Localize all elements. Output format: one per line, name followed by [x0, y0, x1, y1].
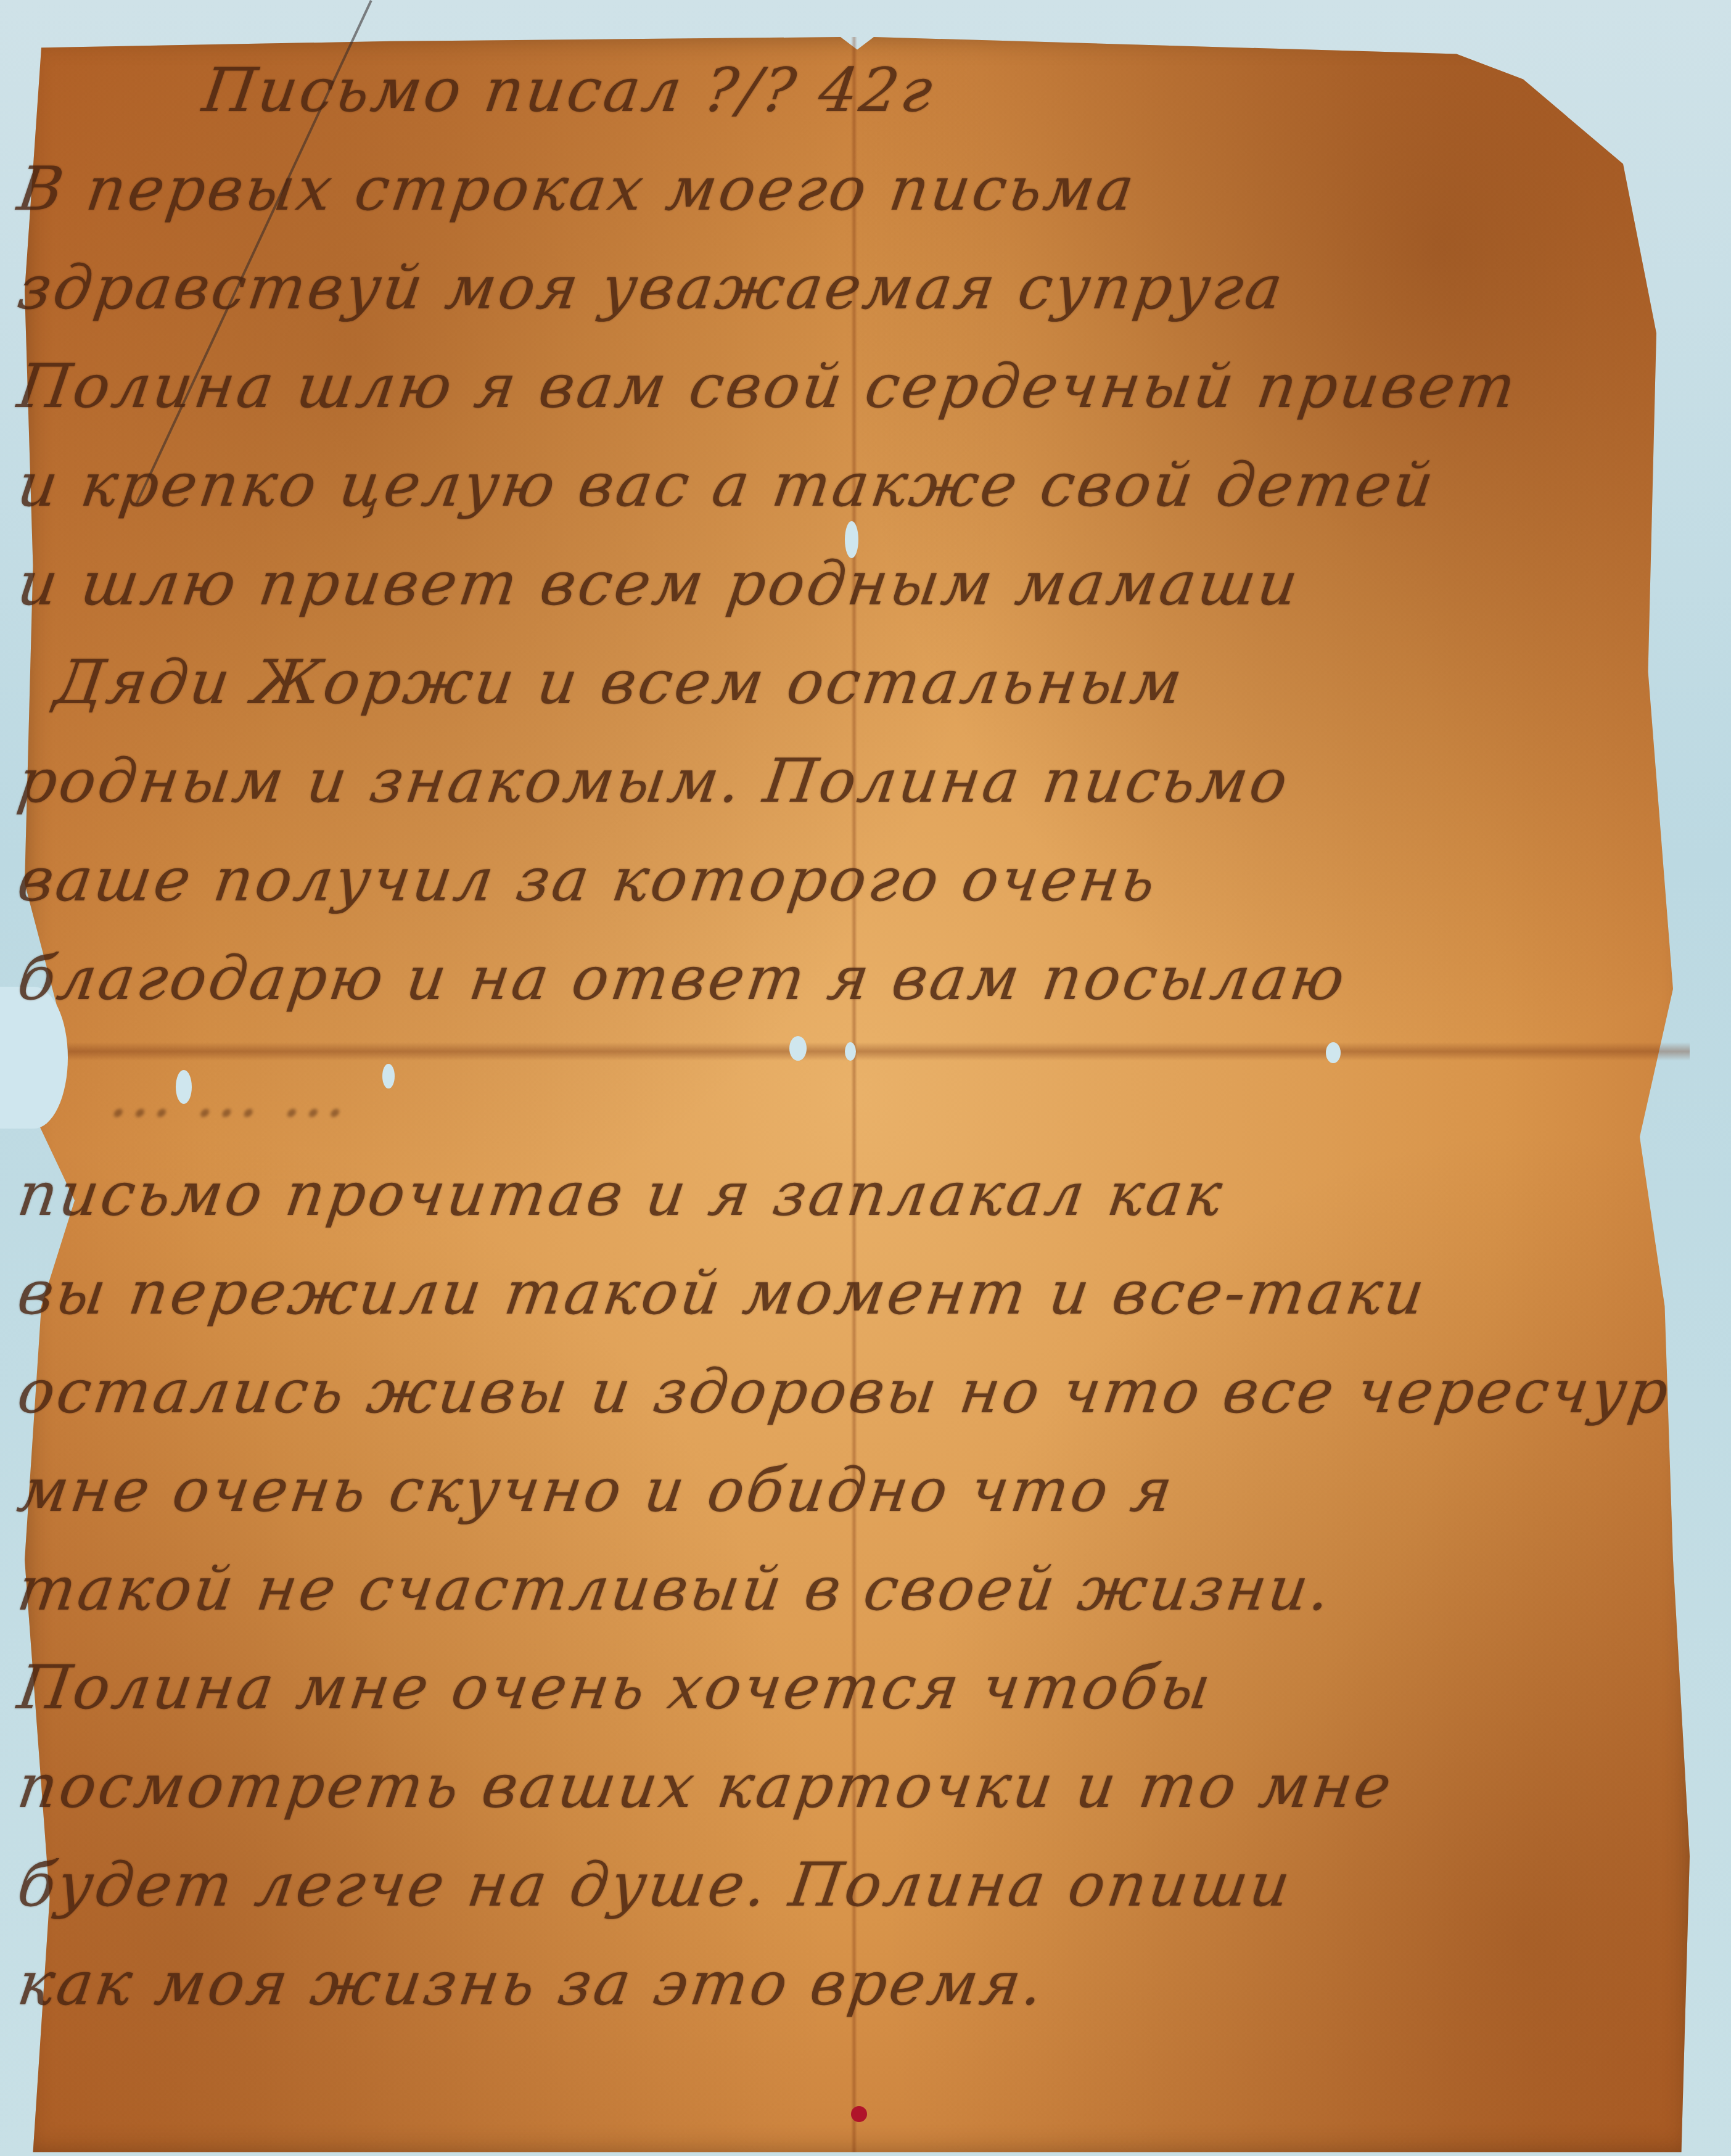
letter-line: и шлю привет всем родным мамаши	[14, 549, 1304, 619]
letter-line: будет легче на душе. Полина опиши	[14, 1850, 1296, 1920]
letter-line: как моя жизнь за это время.	[14, 1949, 1050, 2019]
letter-line-illegible: ... ... ...	[106, 1061, 355, 1131]
paper-hole	[845, 1042, 856, 1061]
letter-line: письмо прочитав и я заплакал как	[14, 1159, 1228, 1230]
letter-line: Полина шлю я вам свой сердечный привет	[14, 352, 1522, 422]
letter-line: остались живы и здоровы но что все черес…	[14, 1357, 1675, 1427]
letter-line: мне очень скучно и обидно что я	[14, 1455, 1179, 1526]
letter-line: В первых строках моего письма	[14, 154, 1140, 224]
letter-line: Дяди Жоржи и всем остальным	[51, 648, 1189, 718]
letter-line: вы пережили такой момент и все-таки	[14, 1258, 1431, 1328]
letter-line-header: Письмо писал ?/? 42г	[199, 56, 939, 126]
horizontal-fold-crease	[25, 1042, 1690, 1061]
paper-hole	[789, 1036, 807, 1061]
letter-line: Полина мне очень хочется чтобы	[14, 1653, 1217, 1723]
paper-hole	[1326, 1042, 1341, 1063]
letter-line: благодарю и на ответ я вам посылаю	[14, 944, 1351, 1014]
letter-line: родным и знакомым. Полина письмо	[14, 746, 1294, 817]
letter-line: здравствуй моя уважаемая супруга	[14, 253, 1289, 323]
letter-line: такой не счастливый в своей жизни.	[14, 1554, 1337, 1624]
letter-line: посмотреть ваших карточки и то мне	[14, 1751, 1398, 1822]
letter-line: и крепко целую вас а также свой детей	[14, 450, 1440, 520]
red-marker-dot	[851, 2106, 867, 2122]
letter-line: ваше получил за которого очень	[14, 845, 1162, 915]
paper-hole	[382, 1064, 395, 1088]
